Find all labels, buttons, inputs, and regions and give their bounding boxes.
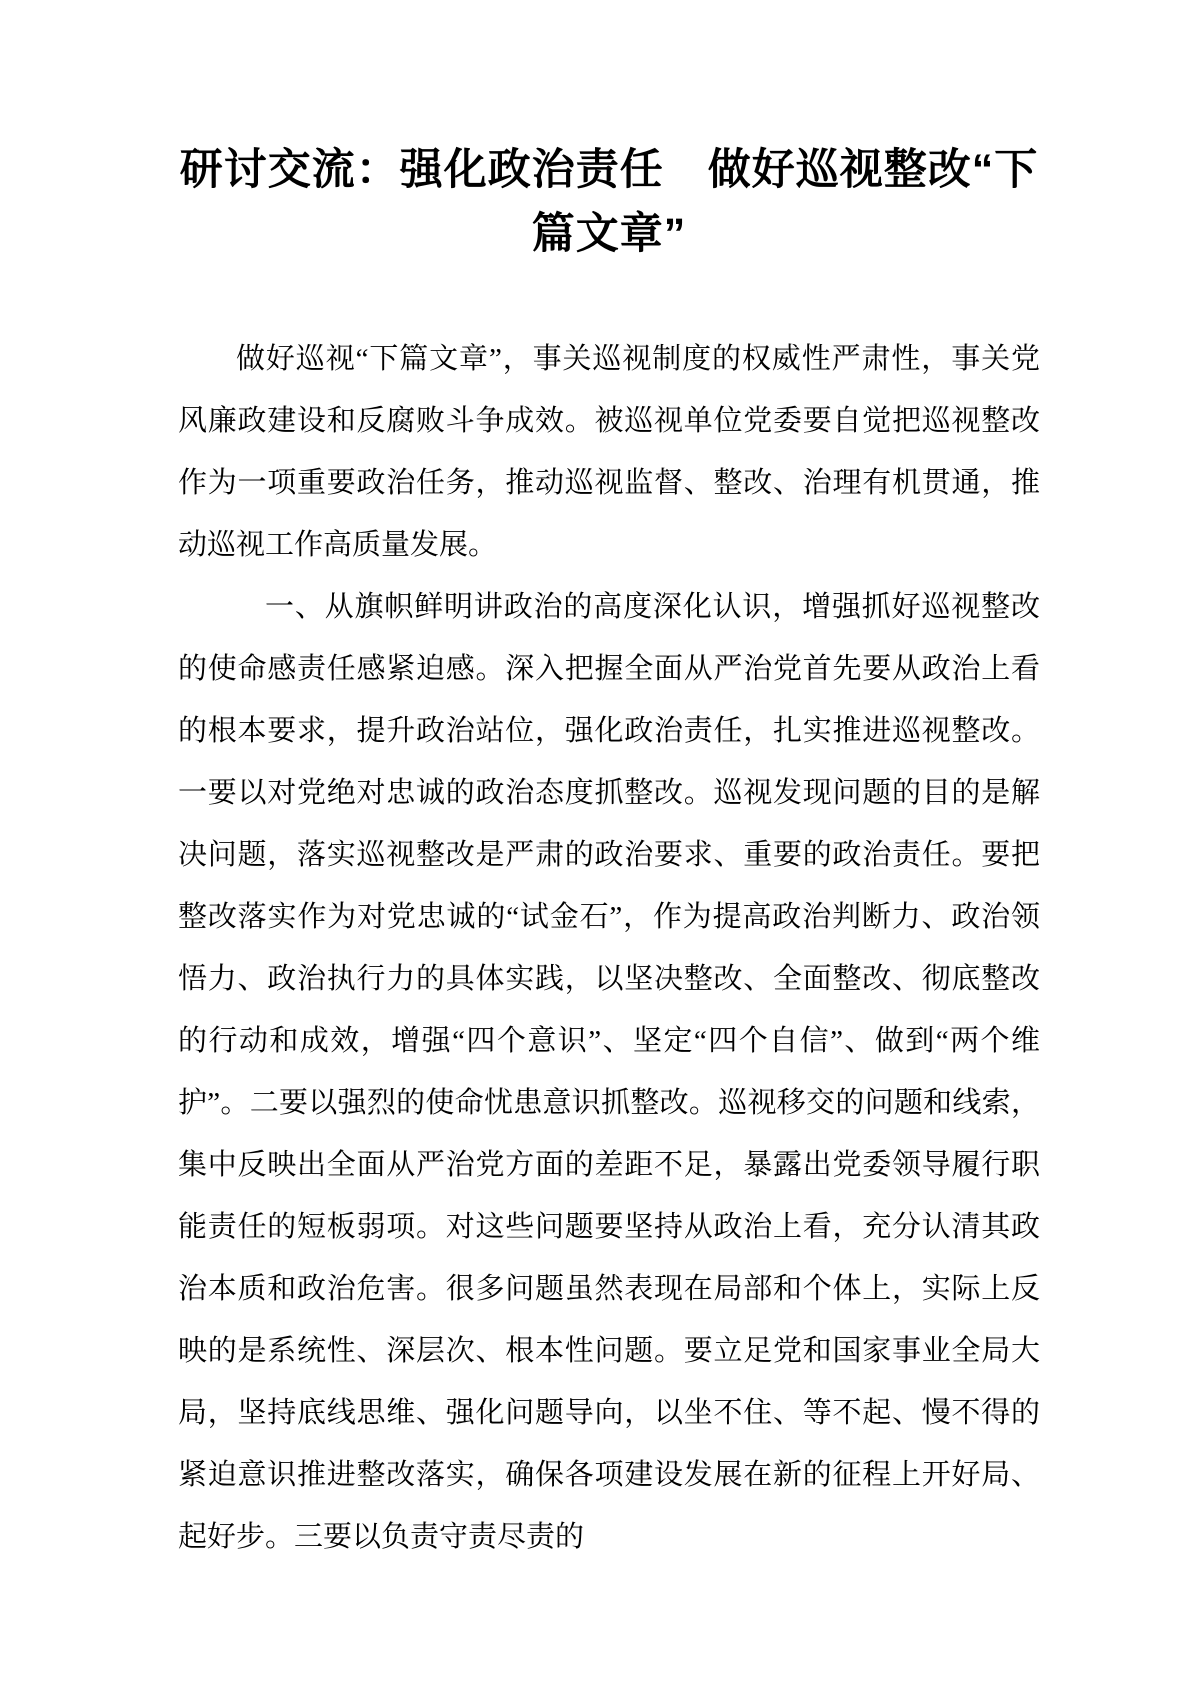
document-page: 研讨交流：强化政治责任 做好巡视整改“下篇文章” 做好巡视“下篇文章”，事关巡视… [0, 0, 1190, 1683]
body-paragraph: 一、从旗帜鲜明讲政治的高度深化认识，增强抓好巡视整改的使命感责任感紧迫感。深入把… [178, 576, 1040, 1568]
body-paragraph: 做好巡视“下篇文章”，事关巡视制度的权威性严肃性，事关党风廉政建设和反腐败斗争成… [178, 328, 1040, 576]
document-title: 研讨交流：强化政治责任 做好巡视整改“下篇文章” [178, 138, 1040, 266]
